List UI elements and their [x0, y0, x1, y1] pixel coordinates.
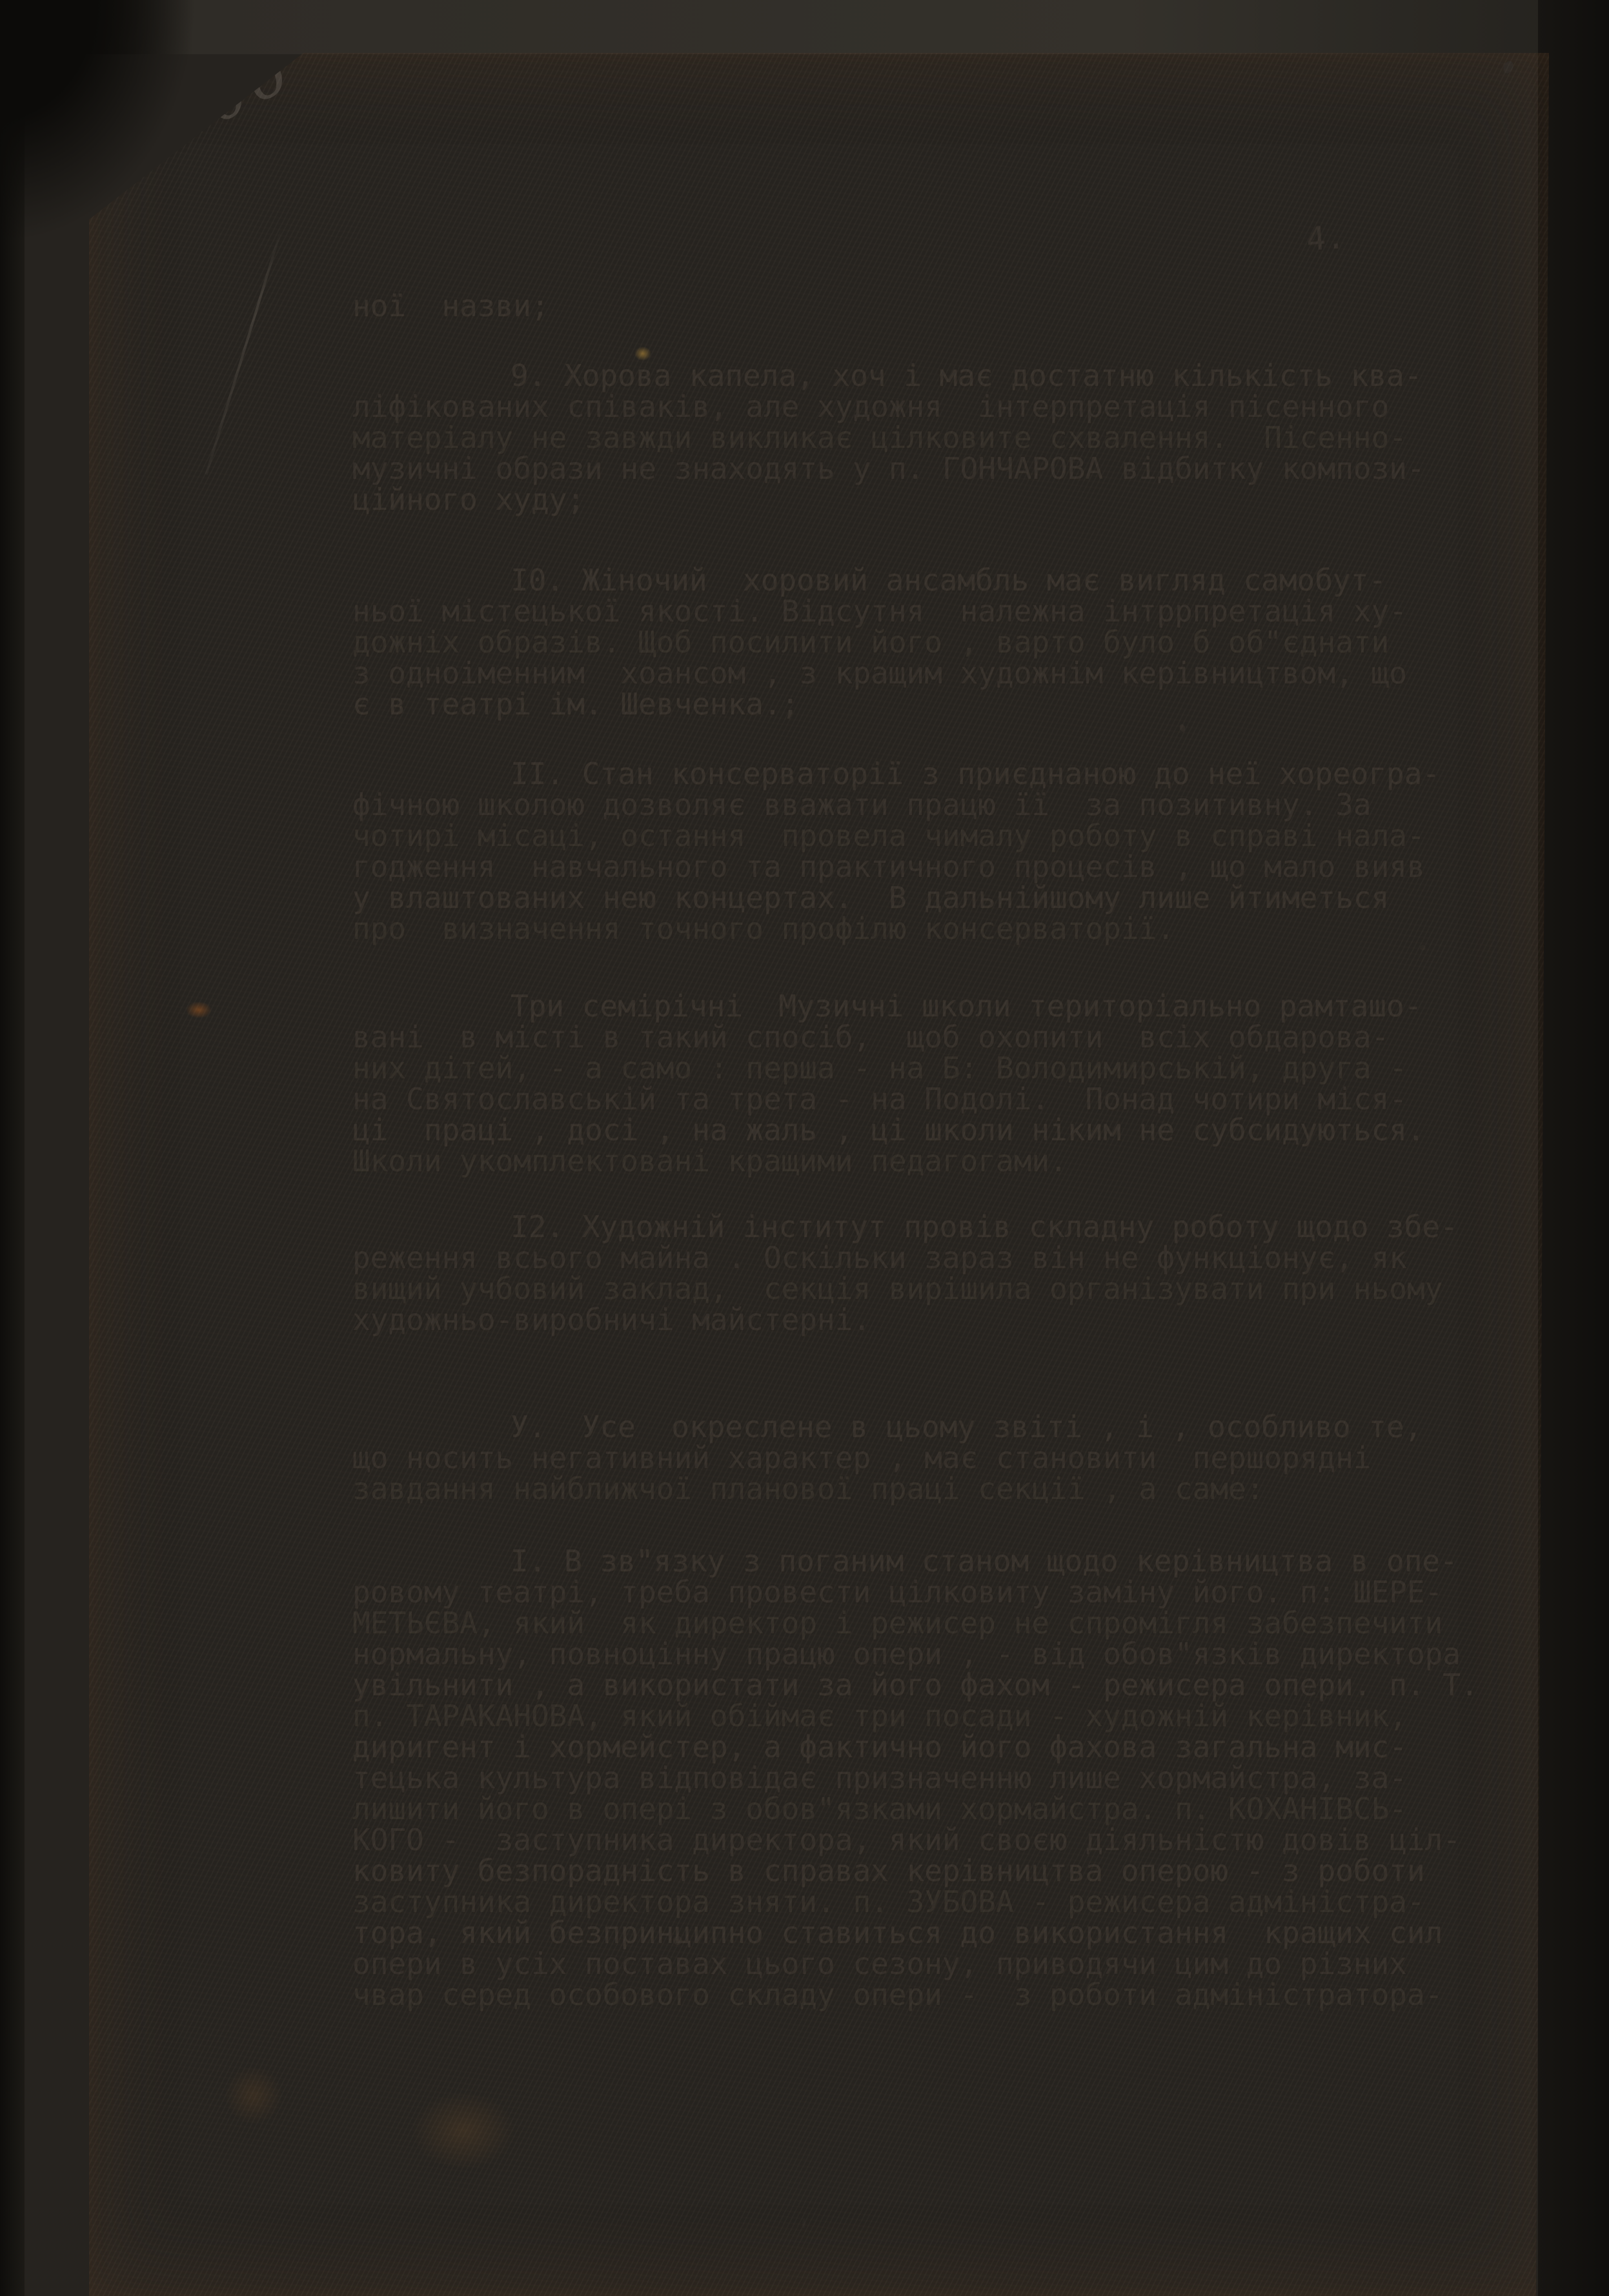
text-line: художньо-виробничі майстерні. — [352, 1304, 1545, 1335]
paragraph: ІІ. Стан консерваторії з приєднаною до н… — [352, 758, 1545, 944]
text-line: ці праці , досі , на жаль , ці школи нік… — [352, 1114, 1545, 1145]
text-line: диригент і хормейстер, а фактично його ф… — [352, 1731, 1545, 1762]
document-body: ної назви;9. Хорова капела, хоч і має до… — [352, 290, 1545, 2010]
text-line: ковиту безпорадність в справах керівницт… — [352, 1855, 1545, 1886]
text-line: у влаштованих нею концертах. В дальнійшо… — [352, 882, 1545, 913]
text-line: фічною школою дозволяє вважати працю її … — [352, 789, 1545, 820]
text-line: чвар серед особового складу опери - з ро… — [352, 1979, 1545, 2010]
text-line: тецька культура відповідає призначенню л… — [352, 1762, 1545, 1793]
text-line: них дітей, - а само : перша - на Б: Воло… — [352, 1052, 1545, 1083]
text-line: ньої містецької якості. Відсутня належна… — [352, 596, 1545, 627]
text-line: увільнити , а використати за його фахом … — [352, 1669, 1545, 1700]
text-line: лишити його в опері з обов"язками хормай… — [352, 1793, 1545, 1824]
text-line: І2. Художній інститут провів складну роб… — [352, 1211, 1545, 1242]
text-line: У. Усе окреслене в цьому звіті , і , осо… — [352, 1411, 1545, 1442]
text-line: є в театрі ім. Шевченка.; — [352, 689, 1545, 720]
text-line: опери в усіх поставах цього сезону, прив… — [352, 1948, 1545, 1979]
text-line: Школи укомплектовані кращими педагогами. — [352, 1145, 1545, 1176]
pencil-stroke — [205, 227, 283, 475]
text-line: чотирі місаці, остання провела чималу ро… — [352, 820, 1545, 851]
paper-sheet: 110б 4. ної назви;9. Хорова капела, хоч … — [89, 53, 1549, 2296]
text-line: ліфікованих співаків, але художня інтерп… — [352, 391, 1545, 422]
paragraph: І0. Жіночий хоровий ансамбль має вигляд … — [352, 565, 1545, 720]
text-line: 9. Хорова капела, хоч і має достатню кіл… — [352, 360, 1545, 391]
text-line: що носить негативний характер , має стан… — [352, 1442, 1545, 1473]
text-line: реження всього майна . Оскільки зараз ві… — [352, 1242, 1545, 1273]
text-line: тора, який безпринципно ставиться до вик… — [352, 1917, 1545, 1948]
paragraph: Три семірічні Музичні школи територіальн… — [352, 991, 1545, 1176]
paragraph: У. Усе окреслене в цьому звіті , і , осо… — [352, 1411, 1545, 1504]
text-line: п. ТАРАКАНОВА, який обіймає три посади -… — [352, 1700, 1545, 1731]
text-line: з одноіменним хоансом , з кращим художні… — [352, 658, 1545, 689]
text-line: годження навчального та практичного проц… — [352, 851, 1545, 882]
text-line: вані в місті в такий спосіб, щоб охопити… — [352, 1022, 1545, 1052]
paper-stain — [412, 2092, 515, 2170]
text-line: на Святославській та трета - на Подолі. … — [352, 1083, 1545, 1114]
text-line: музичні образи не знаходять у п. ГОНЧАРО… — [352, 453, 1545, 484]
text-line: дожніх образів. Щоб посилити його , варт… — [352, 627, 1545, 658]
paper-stain — [186, 1002, 212, 1018]
scan-background: { "document": { "type": "typewritten-arc… — [0, 0, 1609, 2296]
text-line: ної назви; — [352, 290, 1545, 321]
paper-stain — [225, 2066, 283, 2124]
paragraph: І. В зв"язку з поганим станом щодо керів… — [352, 1546, 1545, 2010]
page-number: 4. — [1305, 218, 1346, 258]
text-line: вищий учбовий заклад, секція вирішила ор… — [352, 1273, 1545, 1304]
text-line: матеріалу не завжди викликає цілковите с… — [352, 422, 1545, 453]
text-line: І. В зв"язку з поганим станом щодо керів… — [352, 1546, 1545, 1576]
text-line: МЕТЬЄВА, який як директор і режисер не с… — [352, 1607, 1545, 1638]
paragraph: І2. Художній інститут провів складну роб… — [352, 1211, 1545, 1335]
text-line: про визначення точного профілю консерват… — [352, 913, 1545, 944]
text-line: нормальну, повноцінну працю опери , - ві… — [352, 1638, 1545, 1669]
paragraph: 9. Хорова капела, хоч і має достатню кіл… — [352, 360, 1545, 515]
text-line: заступника директора зняти. п. ЗУБОВА - … — [352, 1886, 1545, 1917]
text-line: ровому театрі, треба провести цілковиту … — [352, 1576, 1545, 1607]
text-line: І0. Жіночий хоровий ансамбль має вигляд … — [352, 565, 1545, 596]
ink-speck — [1501, 59, 1515, 75]
ink-speck — [802, 2219, 805, 2229]
text-line: ІІ. Стан консерваторії з приєднаною до н… — [352, 758, 1545, 789]
scan-right-band — [1538, 0, 1609, 2296]
paragraph: ної назви; — [352, 290, 1545, 321]
text-line: ційного худу; — [352, 484, 1545, 515]
text-line: Три семірічні Музичні школи територіальн… — [352, 991, 1545, 1022]
text-line: КОГО - заступника директора, який своєю … — [352, 1824, 1545, 1855]
text-line: завдання найближчої планової праці секці… — [352, 1473, 1545, 1504]
